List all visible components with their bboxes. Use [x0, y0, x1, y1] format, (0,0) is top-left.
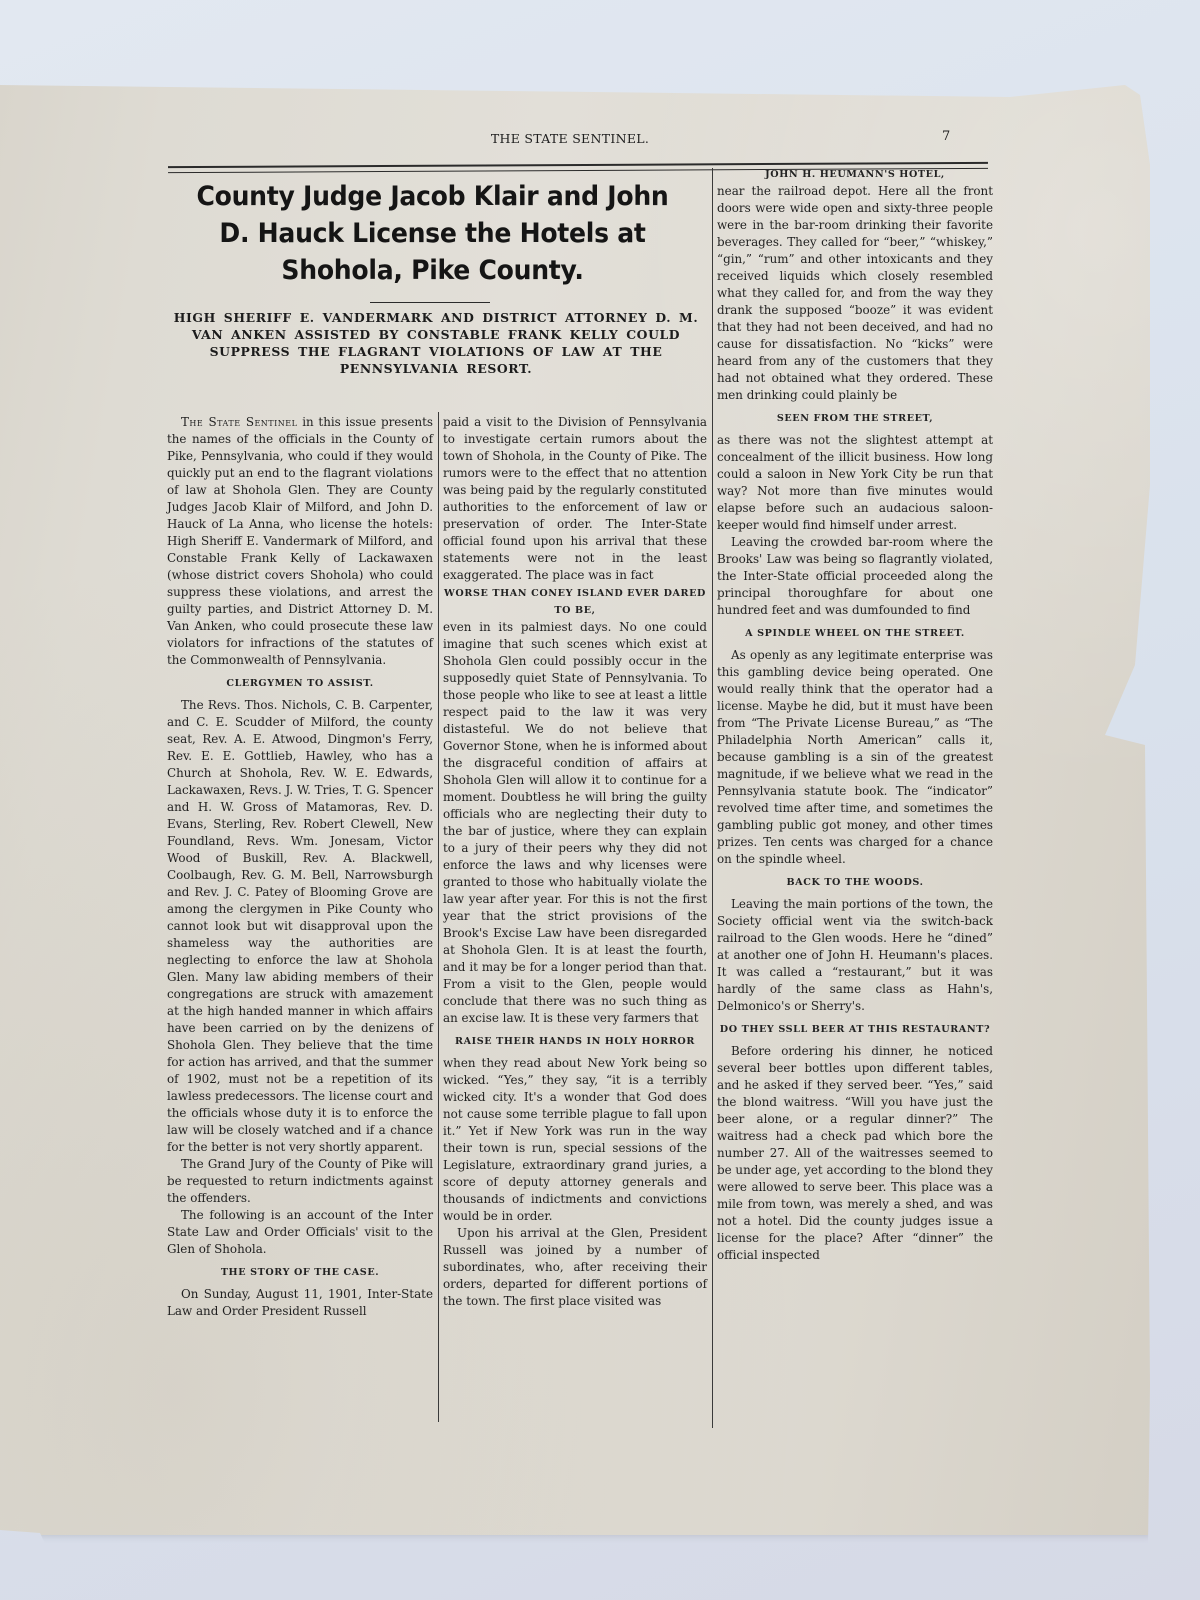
article-column-3: JOHN H. HEUMANN'S HOTEL,near the railroa… — [717, 165, 993, 1264]
section-subhead: BACK TO THE WOODS. — [717, 874, 993, 891]
section-subhead: RAISE THEIR HANDS IN HOLY HORROR — [443, 1033, 707, 1050]
article-paragraph: even in its palmiest days. No one could … — [443, 619, 707, 1027]
article-paragraph: when they read about New York being so w… — [443, 1055, 707, 1225]
article-paragraph: On Sunday, August 11, 1901, Inter-State … — [167, 1286, 433, 1320]
section-subhead: CLERGYMEN TO ASSIST. — [167, 675, 433, 692]
headline-rule — [370, 302, 490, 303]
section-subhead: JOHN H. HEUMANN'S HOTEL, — [717, 166, 993, 183]
article-column-1: The State Sentinel in this issue present… — [167, 414, 433, 1320]
article-paragraph: As openly as any legitimate enterprise w… — [717, 647, 993, 868]
section-subhead: SEEN FROM THE STREET, — [717, 410, 993, 427]
section-subhead: WORSE THAN CONEY ISLAND EVER DARED TO BE… — [443, 585, 707, 619]
column-divider — [438, 412, 439, 1422]
article-paragraph: Leaving the crowded bar-room where the B… — [717, 534, 993, 619]
article-paragraph: near the railroad depot. Here all the fr… — [717, 183, 993, 404]
article-paragraph: Leaving the main portions of the town, t… — [717, 896, 993, 1015]
paragraph-text: in this issue presents the names of the … — [167, 415, 433, 667]
column-divider — [712, 168, 713, 1428]
article-column-2: paid a visit to the Division of Pennsylv… — [443, 414, 707, 1310]
masthead: THE STATE SENTINEL. — [480, 131, 660, 146]
article-paragraph: Upon his arrival at the Glen, President … — [443, 1225, 707, 1310]
page-number: 7 — [942, 129, 950, 144]
article-headline: County Judge Jacob Klair and John D. Hau… — [179, 178, 686, 289]
article-paragraph: Before ordering his dinner, he noticed s… — [717, 1043, 993, 1264]
section-subhead: THE STORY OF THE CASE. — [167, 1264, 433, 1281]
section-subhead: A SPINDLE WHEEL ON THE STREET. — [717, 625, 993, 642]
section-subhead: DO THEY SSLL BEER AT THIS RESTAURANT? — [717, 1021, 993, 1038]
article-paragraph: as there was not the slightest attempt a… — [717, 432, 993, 534]
article-paragraph: The Grand Jury of the County of Pike wil… — [167, 1156, 433, 1207]
article-paragraph: paid a visit to the Division of Pennsylv… — [443, 414, 707, 584]
publication-name: The State Sentinel — [181, 415, 297, 429]
article-paragraph: The State Sentinel in this issue present… — [167, 414, 433, 669]
article-paragraph: The following is an account of the Inter… — [167, 1207, 433, 1258]
article-deck: HIGH SHERIFF E. VANDERMARK AND DISTRICT … — [166, 309, 706, 377]
article-paragraph: The Revs. Thos. Nichols, C. B. Carpenter… — [167, 697, 433, 1156]
